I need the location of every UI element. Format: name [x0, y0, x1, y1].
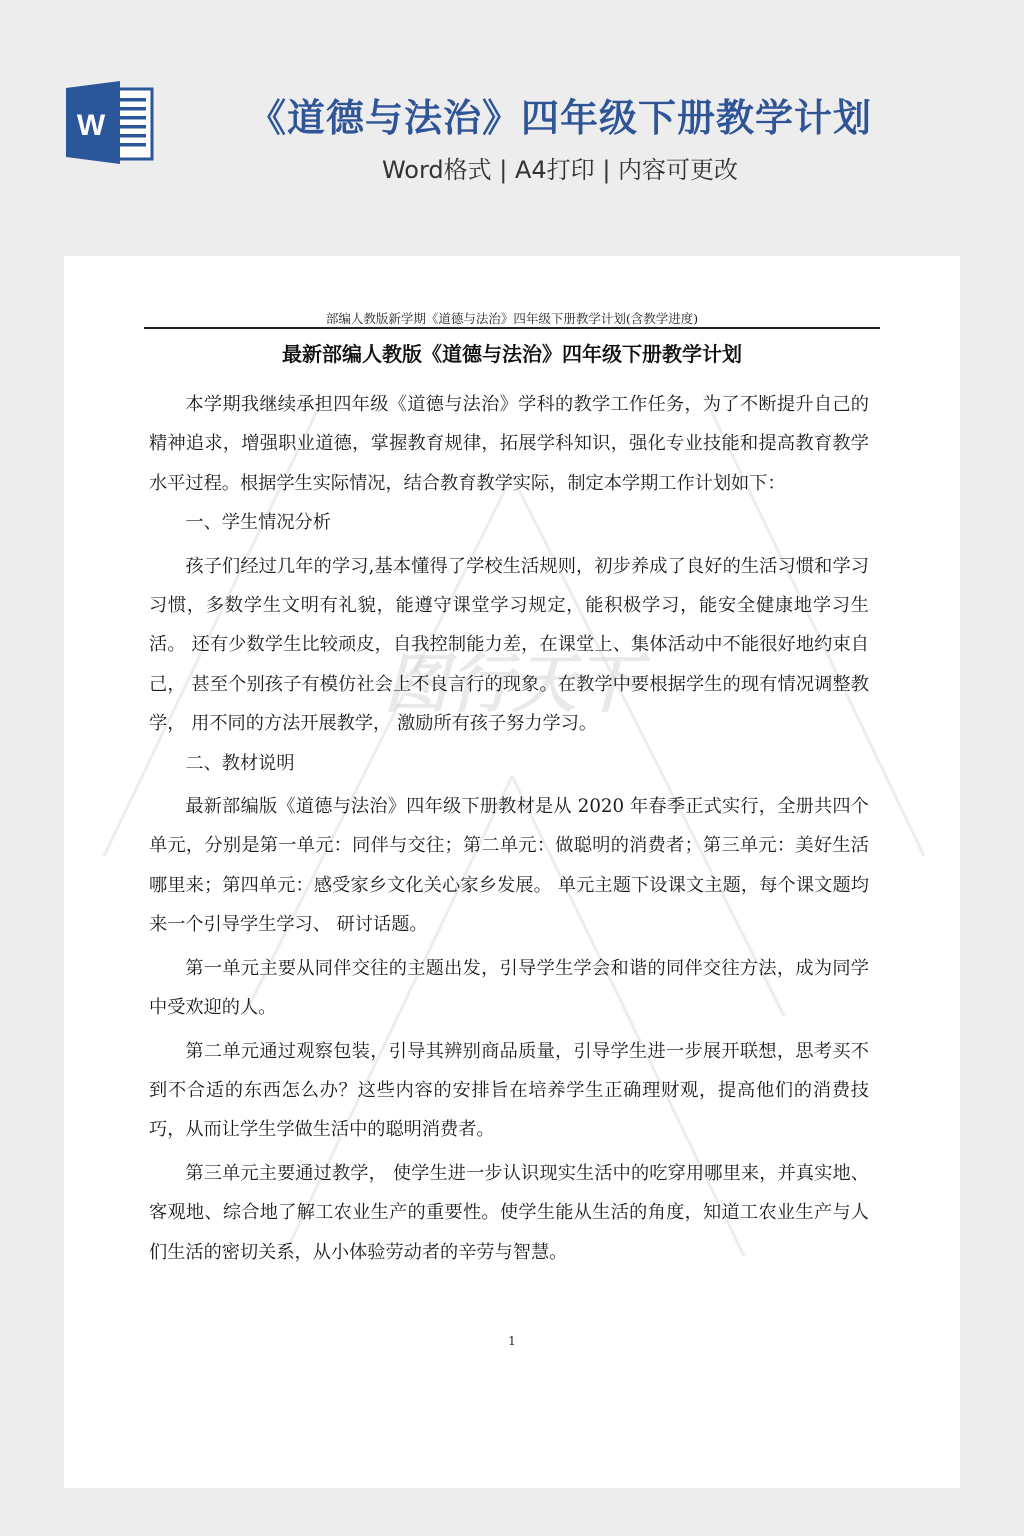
paragraph-student-analysis: 孩子们经过几年的学习,基本懂得了学校生活规则，初步养成了良好的生活习惯和学习习惯… — [149, 547, 869, 744]
running-header: 部编人教版新学期《道德与法治》四年级下册教学计划(含教学进度) — [144, 310, 880, 328]
document-title: 最新部编人教版《道德与法治》四年级下册教学计划 — [144, 340, 880, 368]
banner-title: 《道德与法治》四年级下册教学计划 — [200, 92, 920, 144]
paragraph-textbook-overview: 最新部编版《道德与法治》四年级下册教材是从 2020 年春季正式实行，全册共四个… — [149, 787, 869, 945]
paragraph-unit-one: 第一单元主要从同伴交往的主题出发，引导学生学会和谐的同伴交往方法，成为同学中受欢… — [149, 949, 869, 1028]
document-page: 图行天下 部编人教版新学期《道德与法治》四年级下册教学计划(含教学进度) 最新部… — [64, 256, 960, 1488]
word-logo-letter: W — [77, 109, 106, 142]
word-document-icon: W — [64, 80, 156, 164]
header-divider — [144, 327, 880, 329]
paragraph-unit-three: 第三单元主要通过教学， 使学生进一步认识现实生活中的吃穿用哪里来，并真实地、客观… — [149, 1154, 869, 1272]
page-number: 1 — [144, 1334, 880, 1348]
section-heading-textbook: 二、教材说明 — [149, 744, 869, 783]
paragraph-intro: 本学期我继续承担四年级《道德与法治》学科的教学工作任务，为了不断提升自己的精神追… — [149, 385, 869, 503]
promo-banner: W 《道德与法治》四年级下册教学计划 Word格式 | A4打印 | 内容可更改 — [0, 0, 1024, 256]
banner-subtitle: Word格式 | A4打印 | 内容可更改 — [200, 152, 920, 188]
section-heading-student-analysis: 一、学生情况分析 — [149, 503, 869, 542]
paragraph-unit-two: 第二单元通过观察包装，引导其辨别商品质量，引导学生进一步展开联想，思考买不到不合… — [149, 1032, 869, 1150]
document-body: 本学期我继续承担四年级《道德与法治》学科的教学工作任务，为了不断提升自己的精神追… — [149, 385, 869, 1272]
